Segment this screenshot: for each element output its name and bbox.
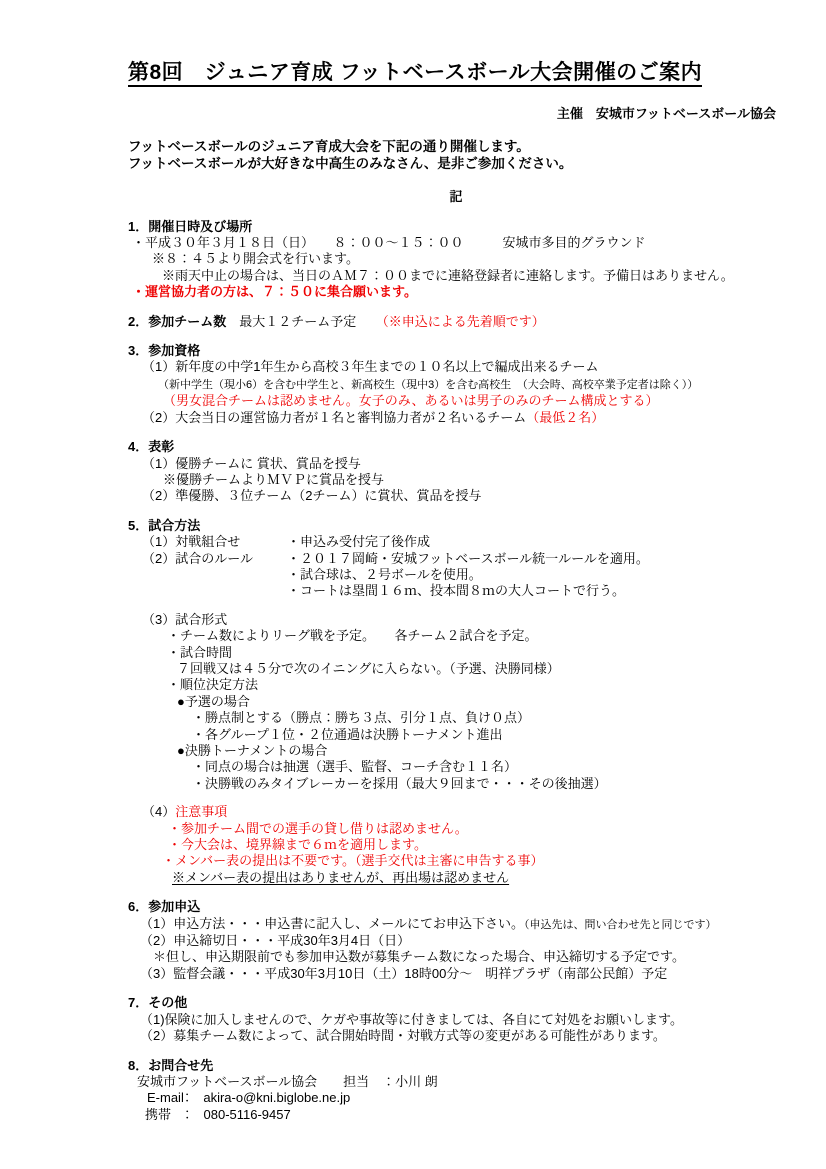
doc-line: ・試合球は、２号ボールを使用。 [128, 567, 784, 583]
text-segment: （2）準優勝、３位チーム（2チーム）に賞状、賞品を授与 [142, 488, 481, 503]
section: 6．参加申込（1）申込方法・・・申込書に記入し、メールにてお申込下さい。（申込先… [128, 899, 784, 982]
text-segment: ・チーム数によりリーグ戦を予定。 各チーム２試合を予定。 [167, 628, 538, 643]
text-segment: （3）試合形式 [142, 612, 227, 627]
section: 4．表彰（1）優勝チームに 賞状、賞品を授与※優勝チームよりＭＶＰに賞品を授与（… [128, 439, 784, 505]
doc-line: 6．参加申込 [128, 899, 784, 915]
doc-line: （1）申込方法・・・申込書に記入し、メールにてお申込下さい。（申込先は、問い合わ… [128, 916, 784, 933]
text-segment: （4） [142, 804, 175, 819]
text-segment: （1）申込方法・・・申込書に記入し、メールにてお申込下さい。 [140, 916, 524, 931]
doc-line: 5．試合方法 [128, 518, 784, 534]
text-segment: （※申込による先着順です） [382, 314, 545, 329]
text-segment: ※雨天中止の場合は、当日のＡＭ７：００までに連絡登録者に連絡します。予備日はあり… [162, 268, 734, 283]
doc-line: ※メンバー表の提出はありませんが、再出場は認めません [128, 870, 784, 886]
text-segment: （1)保険に加入しませんので、ケガや事故等に付きましては、各自にて対処をお願いし… [140, 1012, 683, 1027]
text-segment: （2）試合のルール [142, 551, 287, 567]
doc-line: （3）試合形式 [128, 612, 784, 628]
doc-line: ・今大会は、境界線まで６ｍを適用します。 [128, 837, 784, 853]
text-segment: （2）大会当日の運営協力者が１名と審判協力者が２名いるチーム [142, 410, 526, 425]
doc-line: ・参加チーム間での選手の貸し借りは認めません。 [128, 821, 784, 837]
doc-line: 4．表彰 [128, 439, 784, 455]
document-sections: 1．開催日時及び場所・平成３０年３月１８日（日） ８：００～１５：００ 安城市多… [128, 219, 784, 1124]
text-segment: E-mail： akira-o@kni.biglobe.ne.jp [147, 1090, 350, 1105]
text-segment: （1）新年度の中学1年生から高校３年生までの１０名以上で編成出来るチーム [142, 359, 598, 374]
section: 1．開催日時及び場所・平成３０年３月１８日（日） ８：００～１５：００ 安城市多… [128, 219, 784, 301]
text-segment: （最低２名） [526, 410, 604, 425]
page-title-text: 第8回 ジュニア育成 フットベースボール大会開催のご案内 [128, 61, 702, 87]
text-segment: （新中学生（現小6）を含む中学生と、新高校生（現中3）を含む高校生 （大会時、高… [158, 379, 698, 391]
doc-line: ・同点の場合は抽選（選手、監督、コーチ含む１１名） [128, 759, 784, 775]
text-segment: ・試合時間 [167, 645, 232, 660]
text-segment: （男女混合チームは認めません。女子のみ、あるいは男子のみのチーム構成とする） [163, 393, 659, 408]
doc-line: E-mail： akira-o@kni.biglobe.ne.jp [128, 1090, 784, 1106]
text-segment: ＊但し、申込期限前でも参加申込数が募集チーム数になった場合、申込締切する予定です… [153, 949, 685, 964]
text-segment: （1）優勝チームに 賞状、賞品を授与 [142, 456, 361, 471]
text-segment: 6．参加申込 [128, 899, 200, 914]
doc-line: （1）優勝チームに 賞状、賞品を授与 [128, 456, 784, 472]
doc-line: 3．参加資格 [128, 343, 784, 359]
text-segment: ・２０１７岡崎・安城フットベースボール統一ルールを適用。 [287, 551, 649, 566]
page-title: 第8回 ジュニア育成 フットベースボール大会開催のご案内 [128, 60, 784, 86]
intro-line-1: フットベースボールのジュニア育成大会を下記の通り開催します。 [128, 139, 784, 155]
doc-line: （2）募集チーム数によって、試合開始時間・対戦方式等の変更がある可能性があります… [128, 1028, 784, 1044]
doc-line: ※８：４５より開会式を行います。 [128, 251, 784, 267]
doc-line: ・メンバー表の提出は不要です。（選手交代は主審に申告する事） [128, 853, 784, 869]
text-segment: 2．参加チーム数 [128, 314, 226, 329]
doc-line: ・チーム数によりリーグ戦を予定。 各チーム２試合を予定。 [128, 628, 784, 644]
document-page: 第8回 ジュニア育成 フットベースボール大会開催のご案内 主催 安城市フットベー… [0, 0, 826, 1169]
text-segment: （2）申込締切日・・・平成30年3月4日（日） [140, 933, 410, 948]
doc-line: 安城市フットベースボール協会 担当 ：小川 朗 [128, 1074, 784, 1090]
doc-line: ※雨天中止の場合は、当日のＡＭ７：００までに連絡登録者に連絡します。予備日はあり… [128, 268, 784, 284]
text-segment: ・順位決定方法 [167, 677, 258, 692]
doc-line: 携帯 ： 080-5116-9457 [128, 1107, 784, 1123]
text-segment: ・平成３０年３月１８日（日） ８：００～１５：００ 安城市多目的グラウンド [132, 235, 646, 250]
text-segment: 注意事項 [175, 804, 227, 819]
text-segment: ・参加チーム間での選手の貸し借りは認めません。 [168, 821, 468, 836]
doc-line: （2）試合のルール・２０１７岡崎・安城フットベースボール統一ルールを適用。 [128, 551, 784, 567]
text-segment: （申込先は、問い合わせ先と同じです） [524, 919, 717, 931]
doc-line: ・試合時間 [128, 645, 784, 661]
text-segment: 3．参加資格 [128, 343, 200, 358]
section: 7．その他（1)保険に加入しませんので、ケガや事故等に付きましては、各自にて対処… [128, 995, 784, 1044]
text-segment: ●予選の場合 [177, 694, 250, 709]
text-segment: ・同点の場合は抽選（選手、監督、コーチ含む１１名） [192, 759, 517, 774]
text-segment: 8．お問合せ先 [128, 1058, 213, 1073]
text-segment: ・運営協力者の方は、７：５０に集合願います。 [132, 284, 417, 299]
doc-line: ※優勝チームよりＭＶＰに賞品を授与 [128, 472, 784, 488]
doc-line: ・コートは塁間１６ｍ、投本間８ｍの大人コートで行う。 [128, 583, 784, 599]
doc-line: （1)保険に加入しませんので、ケガや事故等に付きましては、各自にて対処をお願いし… [128, 1012, 784, 1028]
text-segment: ・試合球は、２号ボールを使用。 [287, 567, 482, 582]
text-segment: 5．試合方法 [128, 518, 200, 533]
section: 3．参加資格（1）新年度の中学1年生から高校３年生までの１０名以上で編成出来るチ… [128, 343, 784, 426]
text-segment: 4．表彰 [128, 439, 174, 454]
doc-line: ・決勝戦のみタイブレーカーを採用（最大９回まで・・・その後抽選） [128, 776, 784, 792]
doc-line: 2．参加チーム数 最大１２チーム予定 （※申込による先着順です） [128, 314, 784, 330]
doc-line: ・運営協力者の方は、７：５０に集合願います。 [128, 284, 784, 300]
text-segment: ※優勝チームよりＭＶＰに賞品を授与 [163, 472, 384, 487]
text-segment: ・決勝戦のみタイブレーカーを採用（最大９回まで・・・その後抽選） [192, 776, 607, 791]
doc-line: ●予選の場合 [128, 694, 784, 710]
doc-line: 7．その他 [128, 995, 784, 1011]
text-segment: 7．その他 [128, 995, 187, 1010]
text-segment: 1．開催日時及び場所 [128, 219, 252, 234]
doc-line: 8．お問合せ先 [128, 1058, 784, 1074]
text-segment: （3）監督会議・・・平成30年3月10日（土）18時00分～ 明祥プラザ（南部公… [140, 966, 667, 981]
doc-line: 1．開催日時及び場所 [128, 219, 784, 235]
doc-line: ＊但し、申込期限前でも参加申込数が募集チーム数になった場合、申込締切する予定です… [128, 949, 784, 965]
doc-line: ・勝点制とする（勝点：勝ち３点、引分１点、負け０点） [128, 710, 784, 726]
section: 8．お問合せ先安城市フットベースボール協会 担当 ：小川 朗E-mail： ak… [128, 1058, 784, 1124]
text-segment: ・コートは塁間１６ｍ、投本間８ｍの大人コートで行う。 [287, 583, 625, 598]
text-segment: （2）募集チーム数によって、試合開始時間・対戦方式等の変更がある可能性があります… [140, 1028, 666, 1043]
doc-line: （3）監督会議・・・平成30年3月10日（土）18時00分～ 明祥プラザ（南部公… [128, 966, 784, 982]
text-segment: ・申込み受付完了後作成 [287, 534, 430, 549]
doc-line: （2）準優勝、３位チーム（2チーム）に賞状、賞品を授与 [128, 488, 784, 504]
section: 5．試合方法（1）対戦組合せ・申込み受付完了後作成（2）試合のルール・２０１７岡… [128, 518, 784, 887]
text-segment: （1）対戦組合せ [142, 534, 287, 550]
text-segment: ※メンバー表の提出はありませんが、再出場は認めません [172, 870, 509, 885]
doc-line: （1）対戦組合せ・申込み受付完了後作成 [128, 534, 784, 550]
intro-line-2: フットベースボールが大好きな中高生のみなさん、是非ご参加ください。 [128, 156, 784, 172]
text-segment: ・今大会は、境界線まで６ｍを適用します。 [168, 837, 427, 852]
doc-line: （2）申込締切日・・・平成30年3月4日（日） [128, 933, 784, 949]
doc-line: （2）大会当日の運営協力者が１名と審判協力者が２名いるチーム（最低２名） [128, 410, 784, 426]
section: 2．参加チーム数 最大１２チーム予定 （※申込による先着順です） [128, 314, 784, 330]
text-segment: ・各グループ１位・２位通過は決勝トーナメント進出 [192, 727, 502, 742]
doc-line: ・順位決定方法 [128, 677, 784, 693]
text-segment: ●決勝トーナメントの場合 [177, 743, 327, 758]
doc-line: ・平成３０年３月１８日（日） ８：００～１５：００ 安城市多目的グラウンド [128, 235, 784, 251]
text-segment: 携帯 ： 080-5116-9457 [145, 1107, 291, 1122]
note-mark: 記 [128, 189, 784, 205]
text-segment: ・メンバー表の提出は不要です。（選手交代は主審に申告する事） [162, 853, 544, 868]
doc-line: ●決勝トーナメントの場合 [128, 743, 784, 759]
doc-line: （4）注意事項 [128, 804, 784, 820]
doc-line: （1）新年度の中学1年生から高校３年生までの１０名以上で編成出来るチーム [128, 359, 784, 375]
text-segment: ７回戦又は４５分で次のイニングに入らない。（予選、決勝同様） [177, 661, 560, 676]
organizer-line: 主催 安城市フットベースボール協会 [128, 106, 784, 122]
text-segment: ・勝点制とする（勝点：勝ち３点、引分１点、負け０点） [192, 710, 530, 725]
doc-line: ・各グループ１位・２位通過は決勝トーナメント進出 [128, 727, 784, 743]
doc-line: ７回戦又は４５分で次のイニングに入らない。（予選、決勝同様） [128, 661, 784, 677]
text-segment: 安城市フットベースボール協会 担当 ：小川 朗 [137, 1074, 438, 1089]
doc-line: （男女混合チームは認めません。女子のみ、あるいは男子のみのチーム構成とする） [128, 393, 784, 409]
doc-line: （新中学生（現小6）を含む中学生と、新高校生（現中3）を含む高校生 （大会時、高… [128, 376, 784, 393]
text-segment: 最大１２チーム予定 [226, 314, 382, 329]
text-segment: ※８：４５より開会式を行います。 [152, 251, 359, 266]
